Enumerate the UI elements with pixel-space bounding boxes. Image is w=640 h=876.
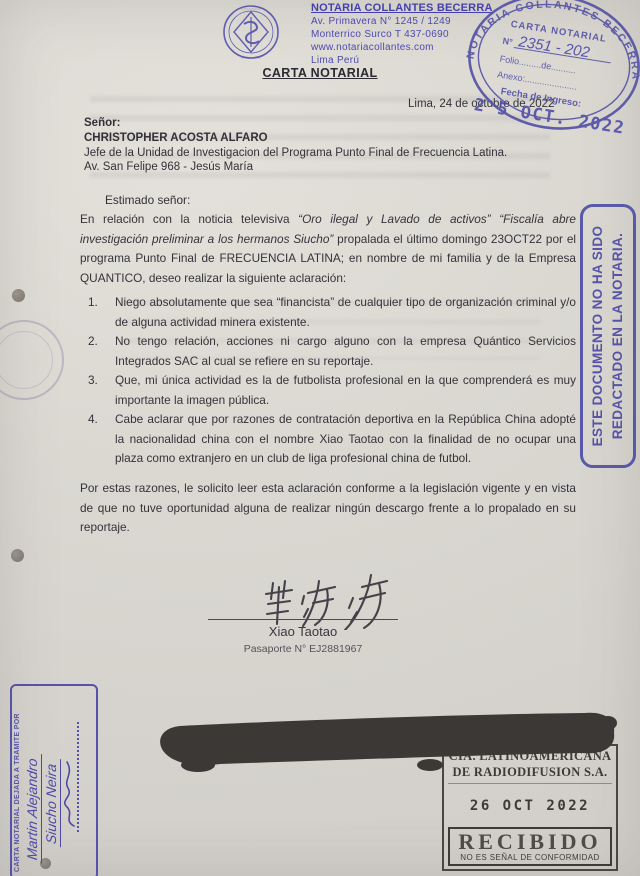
recipient-name: CHRISTOPHER ACOSTA ALFARO xyxy=(84,131,507,146)
side-stamp-line2: REDACTADO EN LA NOTARIA. xyxy=(608,233,628,440)
side-disclaimer-stamp: ESTE DOCUMENTO NO HA SIDO REDACTADO EN L… xyxy=(580,204,636,468)
signature-handwriting xyxy=(258,568,408,630)
signer-name: Xiao Taotao xyxy=(203,624,403,639)
paragraph-intro: En relación con la noticia televisiva “O… xyxy=(80,210,576,288)
letterhead-district-phone: Monterrico Surco T 437-0690 xyxy=(311,29,449,40)
left-stamp-handwritten-name-1: Martin Alejandro xyxy=(24,751,42,863)
list-item-text: Que, mi única actividad es la de futboli… xyxy=(115,371,576,410)
scanned-notarial-letter: • • • • • • • • • • • • • • • • • • • • … xyxy=(0,0,640,876)
signature-line xyxy=(208,619,398,620)
received-stamp-status-box: RECIBIDO NO ES SEÑAL DE CONFORMIDAD xyxy=(448,827,612,866)
greeting: Estimado señor: xyxy=(105,193,190,207)
list-item-number: 3. xyxy=(88,371,115,410)
list-item: 2. No tengo relación, acciones ni cargo … xyxy=(88,332,576,371)
svg-text:• • • • • • • • • •: • • • • • • • • • • xyxy=(241,7,260,11)
list-item: 1. Niego absolutamente que sea “financis… xyxy=(88,293,576,332)
recipient-block: Señor: CHRISTOPHER ACOSTA ALFARO Jefe de… xyxy=(84,116,507,175)
fastener-dot xyxy=(11,549,24,562)
letterhead-website: www.notariacollantes.com xyxy=(311,42,434,53)
list-item-number: 4. xyxy=(88,410,115,469)
list-item-text: Niego absolutamente que sea “financista”… xyxy=(115,293,576,332)
received-stamp-status: RECIBIDO xyxy=(450,830,610,853)
left-stamp-signature-scribble xyxy=(61,722,79,832)
side-stamp-line1: ESTE DOCUMENTO NO HA SIDO xyxy=(588,226,608,447)
list-item-number: 1. xyxy=(88,293,115,332)
recipient-salutation: Señor: xyxy=(84,116,507,131)
letterhead-city: Lima Perú xyxy=(311,55,359,66)
list-item: 4. Cabe aclarar que por razones de contr… xyxy=(88,410,576,469)
signer-passport: Pasaporte N° EJ2881967 xyxy=(203,643,403,655)
recipient-role: Jefe de la Unidad de Investigacion del P… xyxy=(84,146,507,161)
list-item-number: 2. xyxy=(88,332,115,371)
left-tramite-stamp: CARTA NOTARIAL DEJADA A TRAMITE POR Mart… xyxy=(10,684,98,876)
list-item: 3. Que, mi única actividad es la de futb… xyxy=(88,371,576,410)
left-stamp-handwritten-name-2: Siucho Neira xyxy=(43,757,61,848)
p1-intro: En relación con la noticia televisiva xyxy=(80,212,298,226)
list-item-text: No tengo relación, acciones ni cargo alg… xyxy=(115,332,576,371)
list-item-text: Cabe aclarar que por razones de contrata… xyxy=(115,410,576,469)
svg-text:• • • • • • • • • •: • • • • • • • • • • xyxy=(241,56,260,60)
recipient-address: Av. San Felipe 968 - Jesús María xyxy=(84,160,507,175)
round-stamp-number-prefix: N° xyxy=(502,36,514,48)
letterhead-address: Av. Primavera N° 1245 / 1249 xyxy=(311,16,451,27)
notary-seal-logo: • • • • • • • • • • • • • • • • • • • • xyxy=(220,3,282,63)
closing-paragraph: Por estas razones, le solicito leer esta… xyxy=(80,479,576,538)
received-stamp-note: NO ES SEÑAL DE CONFORMIDAD xyxy=(450,853,610,862)
redaction-marker xyxy=(148,702,624,776)
ghost-stamp-artifact xyxy=(0,320,64,400)
received-stamp-date: 26 OCT 2022 xyxy=(448,784,612,827)
numbered-list: 1. Niego absolutamente que sea “financis… xyxy=(88,293,576,469)
fastener-dot xyxy=(12,289,25,302)
left-stamp-header: CARTA NOTARIAL DEJADA A TRAMITE POR xyxy=(14,692,21,872)
document-type-title: CARTA NOTARIAL xyxy=(250,66,390,80)
